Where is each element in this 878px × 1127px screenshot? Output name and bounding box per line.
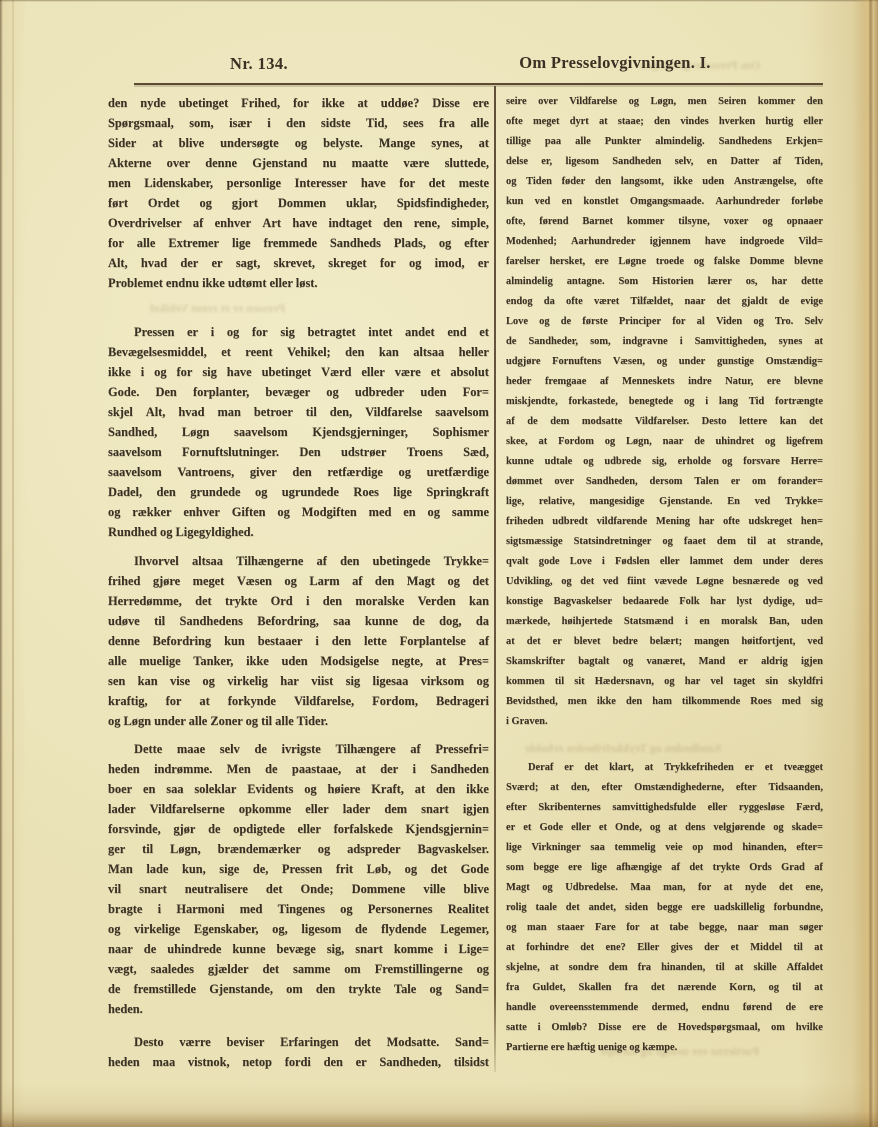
text-line: naardeuhindredekunnebevægesig,snartkomme… xyxy=(108,942,489,962)
text-line: denneBefordringkunbestaaeridenletteForpl… xyxy=(108,634,489,654)
text-line: allemueligeTanker,ikkeudenModsigelsenegt… xyxy=(108,654,489,674)
text-line: boerensaasoleklarEvidentsoghøiereKraft,a… xyxy=(108,782,489,802)
text-line: forsvinde,gjørdeopdigtedeellerforfalsked… xyxy=(108,822,489,842)
paragraph: DestoværrebeviserErfaringendetModsatte.S… xyxy=(108,1035,489,1075)
text-line: atdeterblevetbedrebelært;mangenhøitfortj… xyxy=(506,636,823,656)
text-line: endogdaofteværetTilfældet,naardetgjaldtd… xyxy=(506,296,823,316)
text-line: mærkede,høihjertedeStatsmændienmoralskBa… xyxy=(506,616,823,636)
text-line: og Løgn under alle Zoner og til alle Tid… xyxy=(108,714,489,734)
text-line: delseer,ligesomSandhedenselv,enDatterafT… xyxy=(506,156,823,176)
text-line: oftemegetdyrtatstaae;denvindeshverkenhur… xyxy=(506,116,823,136)
text-line: bragteiHarmonimedTingenesogPersonernesRe… xyxy=(108,902,489,922)
text-line: LoveogdeførstePrinciperforalVidenogTro.S… xyxy=(506,316,823,336)
text-line: tilligepaaallePunkteralmindelig.Sandhede… xyxy=(506,136,823,156)
text-line: sombeggeereligeafhængigeafdettrykteOrdsG… xyxy=(506,862,823,882)
text-line: kunvedenkonstletOmgangsmaade.Aarhundrede… xyxy=(506,196,823,216)
text-line: kraftig,foratforkyndeVildfarelse,Fordom,… xyxy=(108,694,489,714)
text-line: Manladekun,sigede,PressenfritLøb,ogdetGo… xyxy=(108,862,489,882)
column-divider-rule xyxy=(494,86,496,1072)
text-line: laderVildfarelserneopkommeellerladerdems… xyxy=(108,802,489,822)
text-line: satteiOmløb?DisseeredeHovedspørgsmaal,om… xyxy=(506,1022,823,1042)
text-line: qvaltgodeLoveiFødslenellerlammetdemunder… xyxy=(506,556,823,576)
text-line: Presseneriogforsigbetragtetintetandetend… xyxy=(108,325,489,345)
paragraph: seireoverVildfarelseogLøgn,menSeirenkomm… xyxy=(506,96,823,736)
text-line: Sværd;atden,efterOmstændighederne,efterT… xyxy=(506,782,823,802)
text-line: skjelAlt,hvadmanbetroertilden,Vildfarels… xyxy=(108,405,489,425)
text-line: roligtaaledetandet,sidenbeggeereuadskill… xyxy=(506,902,823,922)
text-line: Skamskrifterbagtaltogvanæret,Manderaldri… xyxy=(506,656,823,676)
text-line: afdedemmodsatteVildfarelser.Destolettere… xyxy=(506,416,823,436)
text-line: Gode.Denforplanter,bevægerogudbrederuden… xyxy=(108,385,489,405)
text-line: Herredømme,dettrykteOrdidenmoralskeVerde… xyxy=(108,594,489,614)
text-line: Sideratbliveundersøgteogbelyste.Mangesyn… xyxy=(108,136,489,156)
text-line: IhvorvelaltsaaTilhængerneafdenubetingede… xyxy=(108,554,489,574)
paragraph: Deraferdetklart,atTrykkefrihedenerettveæ… xyxy=(506,762,823,1062)
text-line: Alt,hvadderersagt,skrevet,skregetforogim… xyxy=(108,256,489,276)
text-line: Spørgsmaal,som,isæridensidsteTid,seesfra… xyxy=(108,116,489,136)
paragraph: dennydeubetingetFrihed,forikkeatuddøe?Di… xyxy=(108,96,489,296)
text-line: saavelsomFornuftslutninger.DenudstrøerTr… xyxy=(108,445,489,465)
text-line: seireoverVildfarelseogLøgn,menSeirenkomm… xyxy=(506,96,823,116)
text-line: i Graven. xyxy=(506,716,823,736)
text-line: konstigeBagvaskelserbedaaredeFolkharlyst… xyxy=(506,596,823,616)
text-line: gertilLøgn,brændemærkerogadsprederBagvas… xyxy=(108,842,489,862)
text-line: Bevægelsesmiddel,etreentVehikel;denkanal… xyxy=(108,345,489,365)
text-line: fraGuldet,SkallenfradetnærendeKorn,ogtil… xyxy=(506,982,823,1002)
text-line: miskjendte,forkastede,benegtedeogilangTi… xyxy=(506,396,823,416)
text-line: frihedenudbredtvildfarendeMeningharofteu… xyxy=(506,516,823,536)
text-line: vilsnartneutraliseredetOnde;Dommeneville… xyxy=(108,882,489,902)
text-line: defremstilledeGjenstande,omdentrykteTale… xyxy=(108,982,489,1002)
left-text-column: dennydeubetingetFrihed,forikkeatuddøe?Di… xyxy=(108,96,489,1075)
text-line: Deraferdetklart,atTrykkefrihedenerettveæ… xyxy=(506,762,823,782)
paragraph: DettemaaeselvdeivrigsteTilhængereafPress… xyxy=(108,742,489,1022)
text-line: dennydeubetingetFrihed,forikkeatuddøe?Di… xyxy=(108,96,489,116)
paragraph: Presseneriogforsigbetragtetintetandetend… xyxy=(108,325,489,545)
text-line: ogvirkeligeEgenskaber,og,ligesomdeflyden… xyxy=(108,922,489,942)
text-line: handleovereensstemmendedermed,endnuføren… xyxy=(506,1002,823,1022)
scanned-page: { "header": { "page_number_label": "Nr. … xyxy=(0,0,878,1127)
text-line: eretGodeelleretOnde,ogatdensvelgjørendeo… xyxy=(506,822,823,842)
text-line: deSandheder,som,indgravneiSamvittigheden… xyxy=(506,336,823,356)
text-line: DettemaaeselvdeivrigsteTilhængereafPress… xyxy=(108,742,489,762)
text-line: skee,atFordomogLøgn,naardeuhindretoglige… xyxy=(506,436,823,456)
right-text-column: seireoverVildfarelseogLøgn,menSeirenkomm… xyxy=(506,96,823,1062)
text-line: frihedgjøremegetVæsenogLarmafdenMagtogde… xyxy=(108,574,489,594)
header-rule xyxy=(134,83,823,85)
text-line: Modenhed;Aarhundrederigjennemhaveindgroe… xyxy=(506,236,823,256)
page-title: Om Presselovgivningen. I. xyxy=(455,53,775,73)
text-line: Bevidsthed,menikkedenhamtilkommendeRoesm… xyxy=(506,696,823,716)
text-line: ogTidenføderdenlangsomt,ikkeudenAnstræng… xyxy=(506,176,823,196)
text-line: senkanviseogvirkeligharviistsigligesaavi… xyxy=(108,674,489,694)
text-line: kommentilsitHædersnavn,ogharveltagetsins… xyxy=(506,676,823,696)
text-line: ofte,førendBarnetkommertilsyne,voxerogop… xyxy=(506,216,823,236)
text-line: AkterneoverdenneGjenstandnumaatteværeslu… xyxy=(108,156,489,176)
scan-edge-left xyxy=(0,0,3,1127)
text-line: udøvetilSandhedensBefordring,saakunneded… xyxy=(108,614,489,634)
text-line: Sandhed,LøgnsaavelsomKjendsgjerninger,So… xyxy=(108,425,489,445)
text-line: menLidenskaber,personligeInteresserhavef… xyxy=(108,176,489,196)
text-line: efterSkribenternessamvittighedsfuldeelle… xyxy=(506,802,823,822)
text-line: DestoværrebeviserErfaringendetModsatte.S… xyxy=(108,1035,489,1055)
text-line: foralleExtremerligefremmedeSandhedsPlads… xyxy=(108,236,489,256)
text-line: OverdrivelserafenhverArthaveindtagetdenr… xyxy=(108,216,489,236)
text-line: ogrækkerenhverGiftenogModgiftenmedenogsa… xyxy=(108,505,489,525)
text-line: farelserhersket,ereLøgnetroedeogfalskeDo… xyxy=(506,256,823,276)
scan-edge-top xyxy=(0,0,878,2)
text-line: Rundhed og Ligegyldighed. xyxy=(108,525,489,545)
text-line: ikkeiogforsighaveubetingetVærdellerværee… xyxy=(108,365,489,385)
page-number: Nr. 134. xyxy=(230,54,288,74)
text-line: dømmetoverSandheden,dersomTaleneromforan… xyxy=(506,476,823,496)
text-line: hedenmaavistnok,netopfordidenerSandheden… xyxy=(108,1055,489,1075)
text-line: MagtogUdbredelse.Maaman,foratnydedetene, xyxy=(506,882,823,902)
paragraph: IhvorvelaltsaaTilhængerneafdenubetingede… xyxy=(108,554,489,734)
scan-edge-bottom xyxy=(0,1111,878,1127)
text-line: almindeligantagne.SomHistorienlæreros,ha… xyxy=(506,276,823,296)
text-line: Dadel,dengrundedeogugrundedeRoesligeSpri… xyxy=(108,485,489,505)
text-line: hederfremgaaeafMennesketsindreNatur,ereb… xyxy=(506,376,823,396)
text-line: kunneudtaleogudbredesig,erholdeogforsvar… xyxy=(506,456,823,476)
text-line: lige,relative,mangesidigeGjenstande.Enve… xyxy=(506,496,823,516)
text-line: saavelsomVantroens,giverdenretfærdigeogu… xyxy=(108,465,489,485)
text-line: ogmanstaaerFareforattabebegge,naarmansøg… xyxy=(506,922,823,942)
text-line: førtOrdetoggjortDommenuklar,Spidsfindigh… xyxy=(108,196,489,216)
scan-edge-right xyxy=(852,0,878,1127)
text-line: Problemet endnu ikke udtømt eller løst. xyxy=(108,276,489,296)
text-line: udgjøreFornuftensVæsen,ogundergunstigeOm… xyxy=(506,356,823,376)
text-line: ligeVirkningersaatemmeligveieopmodhinand… xyxy=(506,842,823,862)
paper-crease xyxy=(12,0,14,1127)
text-line: Udvikling,ogdetvedfiintvævedeLøgnebesnær… xyxy=(506,576,823,596)
text-line: hedenindrømme.Mendepaastaae,atderiSandhe… xyxy=(108,762,489,782)
text-line: heden. xyxy=(108,1002,489,1022)
text-line: vægt,saaledesgjælderdetsammeomFremstilli… xyxy=(108,962,489,982)
text-line: atforhindredetene?EllergivesderetMiddelt… xyxy=(506,942,823,962)
text-line: skjelne,atsondredemfrahinanden,tilatskil… xyxy=(506,962,823,982)
text-line: Partierne ere hæftig uenige og kæmpe. xyxy=(506,1042,823,1062)
text-line: sigtsmæssigeStatsindretningerogfaaetdemt… xyxy=(506,536,823,556)
